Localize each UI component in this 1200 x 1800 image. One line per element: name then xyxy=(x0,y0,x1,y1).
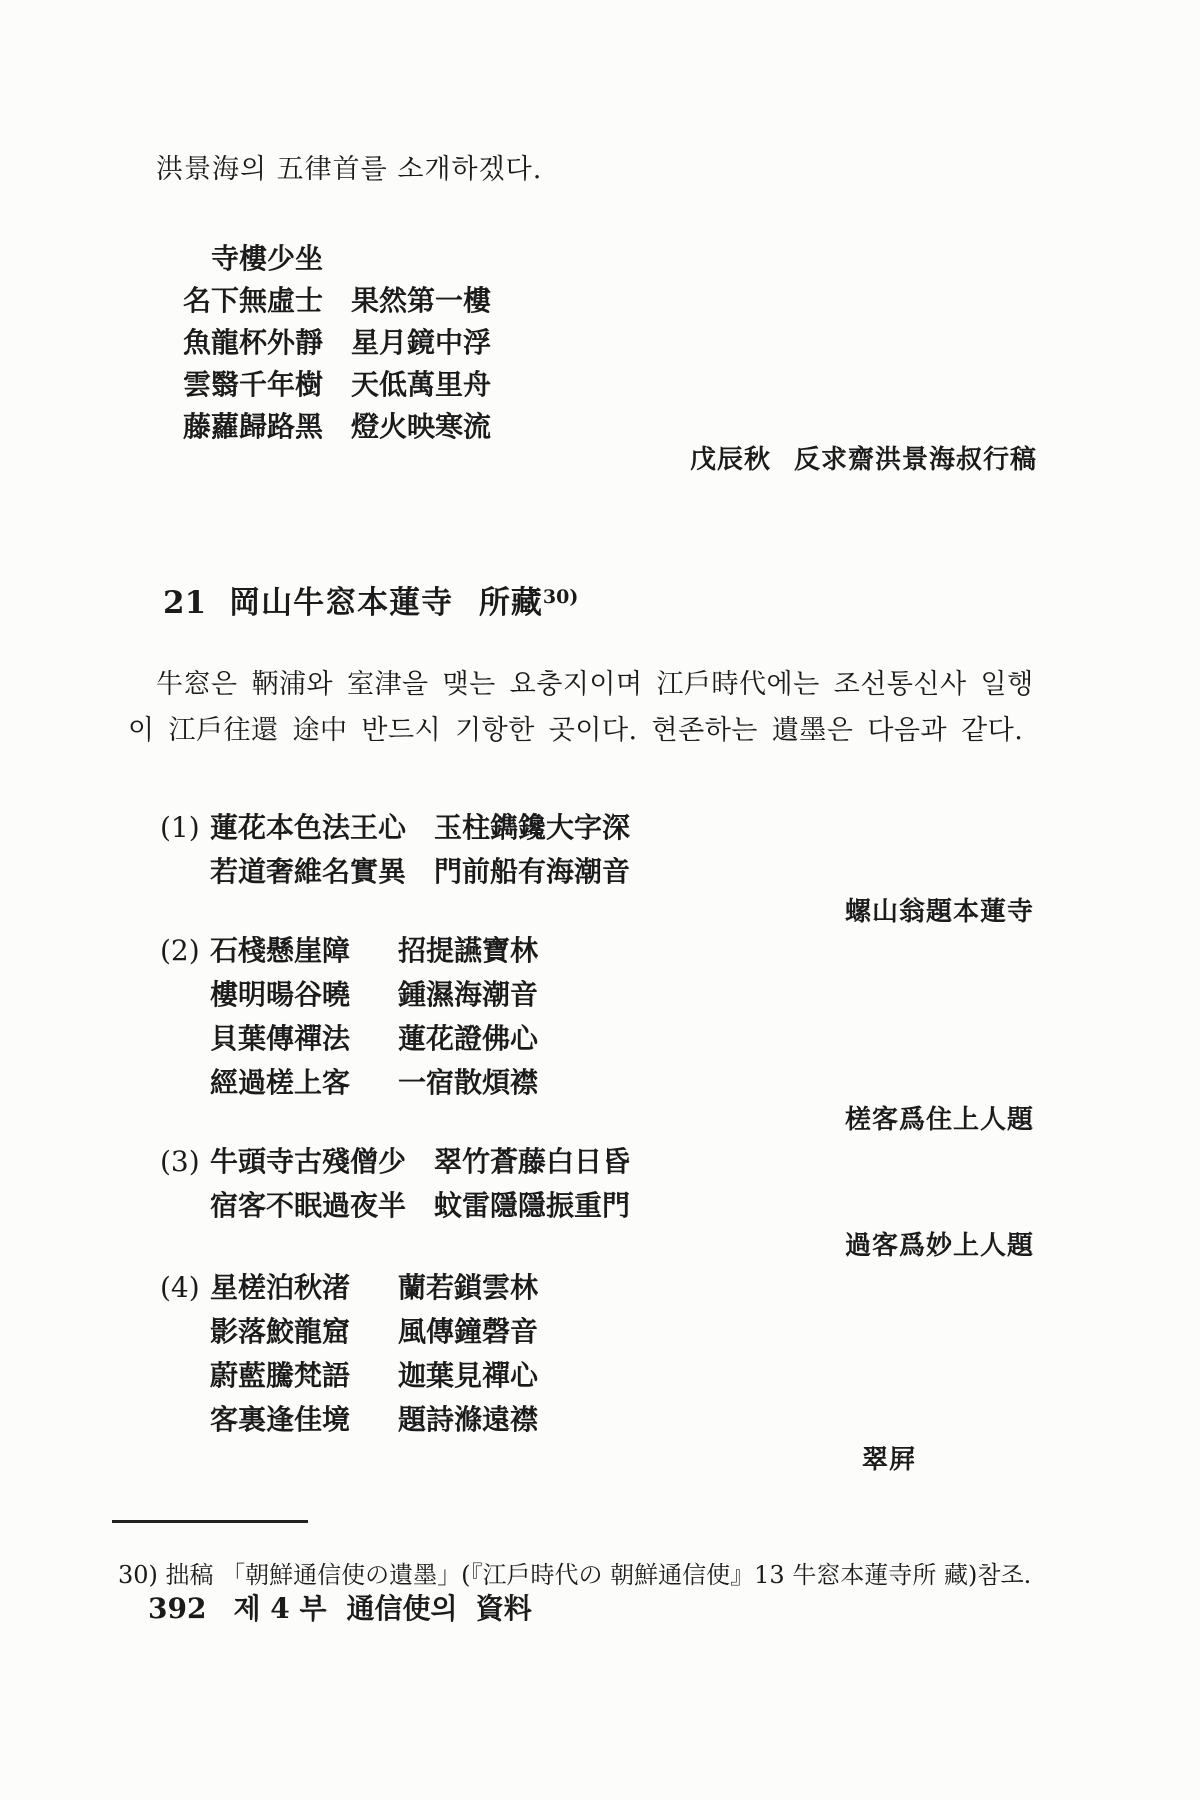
part-title: 通信使의 資料 xyxy=(347,1592,532,1625)
poem-line: 蓮花本色法王心玉柱鐫鑱大字深 xyxy=(210,806,630,850)
poem-selousojwa: 寺樓少坐 名下無虛士果然第一樓 魚龍杯外靜星月鏡中浮 雲翳千年樹天低萬里舟 藤蘿… xyxy=(183,238,491,448)
hemistich-left: 雲翳千年樹 xyxy=(183,368,323,401)
hemistich-right: 題詩滌遠襟 xyxy=(398,1403,538,1436)
item-1: (1) 蓮花本色法王心玉柱鐫鑱大字深 若道奢維名實異門前船有海潮音 xyxy=(160,806,630,894)
item-attribution: 過客爲妙上人題 xyxy=(845,1230,1034,1262)
part-label: 제 4 부 xyxy=(233,1592,326,1625)
item-2: (2) 石棧懸崖障招提讌寶林 樓明暘谷曉鍾濕海潮音 貝葉傳禪法蓮花證佛心 經過槎… xyxy=(160,929,538,1105)
poem-line: 魚龍杯外靜星月鏡中浮 xyxy=(183,322,491,364)
item-poem: 蓮花本色法王心玉柱鐫鑱大字深 若道奢維名實異門前船有海潮音 xyxy=(210,806,630,894)
item-attribution: 螺山翁題本蓮寺 xyxy=(845,896,1034,928)
hemistich-right: 招提讌寶林 xyxy=(398,934,538,967)
poem-line: 影落鮫龍窟風傳鐘磬音 xyxy=(210,1310,538,1354)
item-poem: 石棧懸崖障招提讌寶林 樓明暘谷曉鍾濕海潮音 貝葉傳禪法蓮花證佛心 經過槎上客一宿… xyxy=(210,929,538,1105)
hemistich-right: 門前船有海潮音 xyxy=(434,855,630,888)
poem-line: 樓明暘谷曉鍾濕海潮音 xyxy=(210,973,538,1017)
hemistich-right: 翠竹蒼藤白日昏 xyxy=(434,1145,630,1178)
hemistich-left: 宿客不眠過夜半 xyxy=(210,1189,406,1222)
hemistich-right: 玉柱鐫鑱大字深 xyxy=(434,811,630,844)
section-number: 21 xyxy=(163,585,206,621)
hemistich-right: 風傳鐘磬音 xyxy=(398,1315,538,1348)
hemistich-right: 天低萬里舟 xyxy=(351,368,491,401)
poem-line: 星槎泊秋渚蘭若鎖雲林 xyxy=(210,1266,538,1310)
poem-line: 石棧懸崖障招提讌寶林 xyxy=(210,929,538,973)
hemistich-left: 星槎泊秋渚 xyxy=(210,1271,350,1304)
section-heading: 21岡山牛窓本蓮寺 所藏30) xyxy=(163,577,578,623)
footnote-text: 30) 拙稿 「朝鮮通信使の遺墨」(『江戶時代の 朝鮮通信使』13 牛窓本蓮寺所… xyxy=(118,1559,1031,1591)
hemistich-left: 魚龍杯外靜 xyxy=(183,326,323,359)
hemistich-right: 迦葉見禪心 xyxy=(398,1359,538,1392)
poem-line: 名下無虛士果然第一樓 xyxy=(183,280,491,322)
item-number: (1) xyxy=(160,806,200,850)
section-title: 岡山牛窓本蓮寺 所藏 xyxy=(229,585,543,621)
paragraph-line-1: 牛窓은 鞆浦와 室津을 맺는 요충지이며 江戶時代에는 조선통신사 일행 xyxy=(156,667,1034,703)
hemistich-right: 果然第一樓 xyxy=(351,284,491,317)
poem-attribution: 戊辰秋 反求齋洪景海叔行稿 xyxy=(690,444,1037,476)
item-3: (3) 牛頭寺古殘僧少翠竹蒼藤白日昏 宿客不眠過夜半蚊雷隱隱振重門 xyxy=(160,1140,630,1228)
hemistich-right: 燈火映寒流 xyxy=(351,410,491,443)
hemistich-left: 石棧懸崖障 xyxy=(210,934,350,967)
poem-line: 蔚藍騰梵語迦葉見禪心 xyxy=(210,1354,538,1398)
poem-line: 若道奢維名實異門前船有海潮音 xyxy=(210,850,630,894)
hemistich-right: 蚊雷隱隱振重門 xyxy=(434,1189,630,1222)
intro-sentence: 洪景海의 五律首를 소개하겠다. xyxy=(156,153,542,187)
hemistich-left: 若道奢維名實異 xyxy=(210,855,406,888)
poem-line: 經過槎上客一宿散煩襟 xyxy=(210,1061,538,1105)
item-number: (4) xyxy=(160,1266,200,1310)
poem-line: 牛頭寺古殘僧少翠竹蒼藤白日昏 xyxy=(210,1140,630,1184)
footnote-reference: 30) xyxy=(543,586,578,608)
item-poem: 牛頭寺古殘僧少翠竹蒼藤白日昏 宿客不眠過夜半蚊雷隱隱振重門 xyxy=(210,1140,630,1228)
page-footer: 392제 4 부通信使의 資料 xyxy=(148,1592,532,1626)
poem-line: 雲翳千年樹天低萬里舟 xyxy=(183,364,491,406)
item-4: (4) 星槎泊秋渚蘭若鎖雲林 影落鮫龍窟風傳鐘磬音 蔚藍騰梵語迦葉見禪心 客裏逢… xyxy=(160,1266,538,1442)
hemistich-left: 經過槎上客 xyxy=(210,1066,350,1099)
hemistich-left: 名下無虛士 xyxy=(183,284,323,317)
item-attribution: 槎客爲住上人題 xyxy=(845,1104,1034,1136)
hemistich-left: 牛頭寺古殘僧少 xyxy=(210,1145,406,1178)
hemistich-right: 一宿散煩襟 xyxy=(398,1066,538,1099)
hemistich-left: 客裏逢佳境 xyxy=(210,1403,350,1436)
hemistich-left: 影落鮫龍窟 xyxy=(210,1315,350,1348)
footnote-separator xyxy=(112,1520,308,1523)
page-number: 392 xyxy=(148,1592,206,1625)
item-poem: 星槎泊秋渚蘭若鎖雲林 影落鮫龍窟風傳鐘磬音 蔚藍騰梵語迦葉見禪心 客裏逢佳境題詩… xyxy=(210,1266,538,1442)
hemistich-left: 蓮花本色法王心 xyxy=(210,811,406,844)
poem-line: 藤蘿歸路黑燈火映寒流 xyxy=(183,406,491,448)
hemistich-left: 貝葉傳禪法 xyxy=(210,1022,350,1055)
poem-line: 宿客不眠過夜半蚊雷隱隱振重門 xyxy=(210,1184,630,1228)
book-page: 洪景海의 五律首를 소개하겠다. 寺樓少坐 名下無虛士果然第一樓 魚龍杯外靜星月… xyxy=(0,0,1200,1800)
hemistich-right: 蓮花證佛心 xyxy=(398,1022,538,1055)
item-number: (3) xyxy=(160,1140,200,1184)
paragraph-line-2: 이 江戶往還 途中 반드시 기항한 곳이다. 현존하는 遺墨은 다음과 같다. xyxy=(128,713,1023,749)
poem-line: 客裏逢佳境題詩滌遠襟 xyxy=(210,1398,538,1442)
hemistich-right: 星月鏡中浮 xyxy=(351,326,491,359)
item-number: (2) xyxy=(160,929,200,973)
poem-title: 寺樓少坐 xyxy=(211,238,491,280)
hemistich-left: 藤蘿歸路黑 xyxy=(183,410,323,443)
hemistich-right: 蘭若鎖雲林 xyxy=(398,1271,538,1304)
hemistich-right: 鍾濕海潮音 xyxy=(398,978,538,1011)
item-attribution: 翠屛 xyxy=(862,1444,916,1476)
hemistich-left: 蔚藍騰梵語 xyxy=(210,1359,350,1392)
poem-line: 貝葉傳禪法蓮花證佛心 xyxy=(210,1017,538,1061)
hemistich-left: 樓明暘谷曉 xyxy=(210,978,350,1011)
